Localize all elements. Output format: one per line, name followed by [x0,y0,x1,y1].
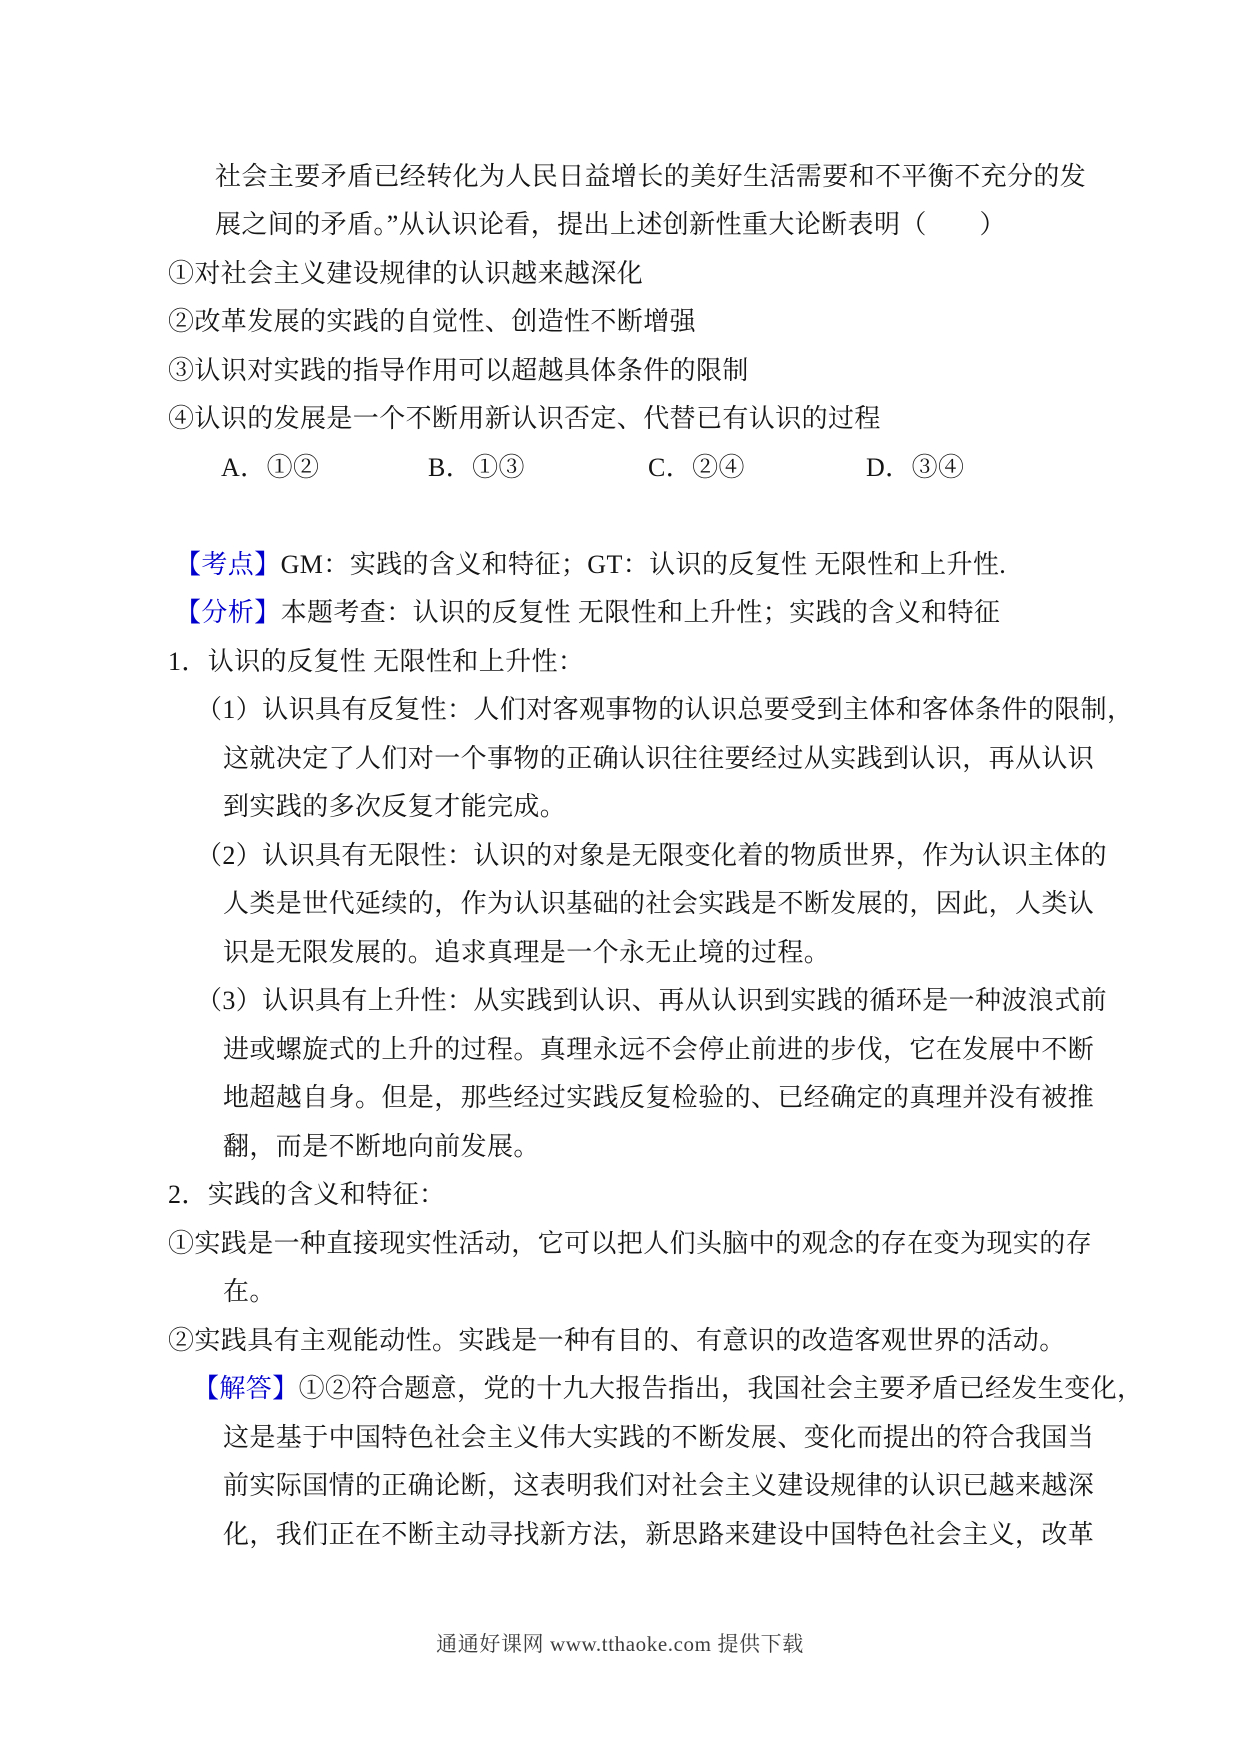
body-line: （1）认识具有反复性：人们对客观事物的认识总要受到主体和客体条件的限制， [196,695,1133,725]
line-text: ①实践是一种直接现实性活动，它可以把人们头脑中的观念的存在变为现实的存 [168,1229,1092,1258]
body-line: ②实践具有主观能动性。实践是一种有目的、有意识的改造客观世界的活动。 [168,1326,1066,1356]
option-b: B．①③ [428,453,525,483]
question-line: 社会主要矛盾已经转化为人民日益增长的美好生活需要和不平衡不充分的发 [215,162,1086,192]
body-line: 在。 [223,1277,276,1307]
body-line: 进或螺旋式的上升的过程。真理永远不会停止前进的步伐，它在发展中不断 [223,1035,1094,1065]
line-text: 翻，而是不断地向前发展。 [223,1132,540,1161]
body-line: （2）认识具有无限性：认识的对象是无限变化着的物质世界，作为认识主体的 [196,841,1107,871]
footer-watermark: 通通好课网 www.tthaoke.com 提供下载 [0,1628,1240,1658]
body-line: 翻，而是不断地向前发展。 [223,1132,540,1162]
line-text: 地超越自身。但是，那些经过实践反复检验的、已经确定的真理并没有被推 [223,1083,1094,1112]
line-text: （2）认识具有无限性：认识的对象是无限变化着的物质世界，作为认识主体的 [196,841,1107,870]
option-d: D．③④ [866,453,964,483]
jieda-line: 【解答】①②符合题意，党的十九大报告指出，我国社会主要矛盾已经发生变化， [193,1374,1143,1404]
body-line: 人类是世代延续的，作为认识基础的社会实践是不断发展的，因此，人类认 [223,889,1094,919]
line-text: 本题考查：认识的反复性 无限性和上升性；实践的含义和特征 [281,598,1001,627]
body-line: 这是基于中国特色社会主义伟大实践的不断发展、变化而提出的符合我国当 [223,1423,1094,1453]
line-text: 到实践的多次反复才能完成。 [223,792,566,821]
kaodian-line: 【考点】GM：实践的含义和特征；GT：认识的反复性 无限性和上升性. [175,550,1006,580]
line-text: （1）认识具有反复性：人们对客观事物的认识总要受到主体和客体条件的限制， [196,695,1133,724]
heading-line: 2．实践的含义和特征： [168,1180,445,1210]
line-text: 识是无限发展的。追求真理是一个永无止境的过程。 [223,938,830,967]
statement-line-2: ②改革发展的实践的自觉性、创造性不断增强 [168,307,696,337]
line-text: 1．认识的反复性 无限性和上升性： [168,647,584,676]
body-line: 前实际国情的正确论断，这表明我们对社会主义建设规律的认识已越来越深 [223,1471,1094,1501]
line-text: ①对社会主义建设规律的认识越来越深化 [168,259,643,288]
line-text: 这是基于中国特色社会主义伟大实践的不断发展、变化而提出的符合我国当 [223,1423,1094,1452]
option-c: C．②④ [648,453,745,483]
body-line: 化，我们正在不断主动寻找新方法，新思路来建设中国特色社会主义，改革 [223,1520,1094,1550]
line-text: 社会主要矛盾已经转化为人民日益增长的美好生活需要和不平衡不充分的发 [215,162,1086,191]
line-text: ②实践具有主观能动性。实践是一种有目的、有意识的改造客观世界的活动。 [168,1326,1066,1355]
body-line: 这就决定了人们对一个事物的正确认识往往要经过从实践到认识，再从认识 [223,744,1094,774]
section-label: 【分析】 [175,598,281,627]
statement-line-4: ④认识的发展是一个不断用新认识否定、代替已有认识的过程 [168,404,881,434]
line-text: ④认识的发展是一个不断用新认识否定、代替已有认识的过程 [168,404,881,433]
fenxi-line: 【分析】本题考查：认识的反复性 无限性和上升性；实践的含义和特征 [175,598,1000,628]
line-text: 人类是世代延续的，作为认识基础的社会实践是不断发展的，因此，人类认 [223,889,1094,918]
line-text: ②改革发展的实践的自觉性、创造性不断增强 [168,307,696,336]
line-text: （3）认识具有上升性：从实践到认识、再从认识到实践的循环是一种波浪式前 [196,986,1107,1015]
statement-line-3: ③认识对实践的指导作用可以超越具体条件的限制 [168,356,749,386]
line-text: 化，我们正在不断主动寻找新方法，新思路来建设中国特色社会主义，改革 [223,1520,1094,1549]
line-text: ①②符合题意，党的十九大报告指出，我国社会主要矛盾已经发生变化， [299,1374,1144,1403]
option-a: A．①② [221,453,319,483]
line-text: 进或螺旋式的上升的过程。真理永远不会停止前进的步伐，它在发展中不断 [223,1035,1094,1064]
line-text: 2．实践的含义和特征： [168,1180,445,1209]
line-text: 在。 [223,1277,276,1306]
body-line: （3）认识具有上升性：从实践到认识、再从认识到实践的循环是一种波浪式前 [196,986,1107,1016]
line-text: GM：实践的含义和特征；GT：认识的反复性 无限性和上升性. [281,550,1007,579]
document-page: 社会主要矛盾已经转化为人民日益增长的美好生活需要和不平衡不充分的发展之间的矛盾。… [0,0,1240,1754]
line-text: ③认识对实践的指导作用可以超越具体条件的限制 [168,356,749,385]
section-label: 【考点】 [175,550,281,579]
body-line: 到实践的多次反复才能完成。 [223,792,566,822]
statement-line-1: ①对社会主义建设规律的认识越来越深化 [168,259,643,289]
question-line: 展之间的矛盾。”从认识论看，提出上述创新性重大论断表明（ ） [215,210,1006,240]
section-label: 【解答】 [193,1374,299,1403]
line-text: 这就决定了人们对一个事物的正确认识往往要经过从实践到认识，再从认识 [223,744,1094,773]
body-line: 地超越自身。但是，那些经过实践反复检验的、已经确定的真理并没有被推 [223,1083,1094,1113]
options-row: A．①②B．①③C．②④D．③④ [0,453,1240,485]
line-text: 前实际国情的正确论断，这表明我们对社会主义建设规律的认识已越来越深 [223,1471,1094,1500]
line-text: 展之间的矛盾。”从认识论看，提出上述创新性重大论断表明（ ） [215,210,1006,239]
body-line: ①实践是一种直接现实性活动，它可以把人们头脑中的观念的存在变为现实的存 [168,1229,1092,1259]
heading-line: 1．认识的反复性 无限性和上升性： [168,647,584,677]
body-line: 识是无限发展的。追求真理是一个永无止境的过程。 [223,938,830,968]
